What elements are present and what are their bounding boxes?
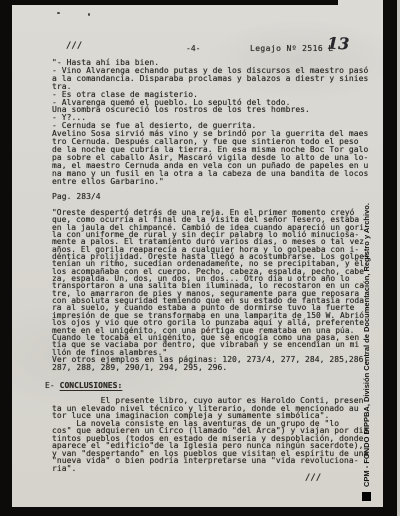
book-excerpt-oreste: "Oreste despertó detrás de una reja. En … [52,209,369,356]
scanned-document: /// -4- Legajo Nº 2516 L 13 "- Hasta ahí… [0,0,400,516]
see-also-pages: Ver otros ejemplos en las páginas: 120, … [52,356,368,371]
book-excerpt-dialogue: "- Hasta ahí iba bien. - Vino Alvarenga … [52,59,368,186]
page-number: -4- [186,44,200,53]
conclusions-heading-label: E- [45,381,55,390]
scan-speck [88,13,90,16]
archive-watermark: CPM - FONDO DIPPBA, División Central de … [362,203,371,501]
watermark-text: CPM - FONDO DIPPBA, División Central de … [362,203,371,487]
scan-border-bottom [0,507,400,516]
scan-border-right [383,0,397,516]
conclusions-heading-title: CONCLUSIONES: [60,381,123,390]
page-reference: Pag. 283/4 [52,193,101,201]
document-page: /// -4- Legajo Nº 2516 L 13 "- Hasta ahí… [12,0,383,507]
conclusions-heading: E-CONCLUSIONES: [45,381,122,390]
watermark-square-icon [362,492,371,501]
footer-slashes: /// [305,473,321,483]
scan-speck [57,12,60,14]
scan-border-left [0,0,12,516]
handwritten-folio-number: 13 [327,34,350,54]
scan-border-top [0,0,338,5]
header-slashes: /// [66,41,82,51]
conclusions-paragraph: El presente libro, cuyo autor es Haroldo… [52,397,368,472]
legajo-label: Legajo Nº 2516 L [250,44,333,53]
